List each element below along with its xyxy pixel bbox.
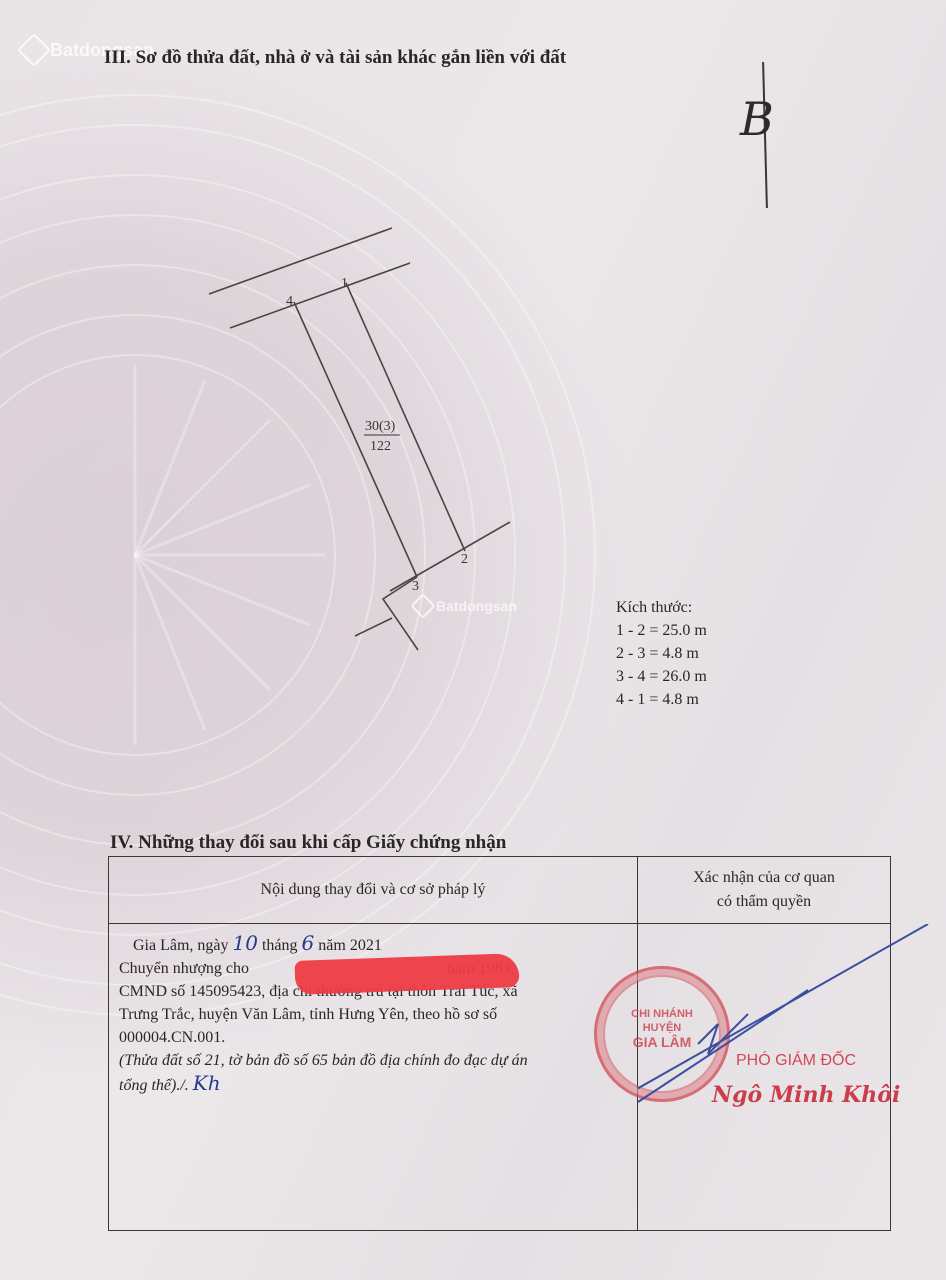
dimension-row: 1 - 2 = 25.0 m [616, 619, 707, 642]
signer-name: Ngô Minh Khôi [712, 1082, 900, 1108]
batdongsan-logo-icon [17, 33, 51, 67]
handwritten-initials: Kh [193, 1071, 221, 1095]
header-approval: Xác nhận của cơ quan có thẩm quyền [638, 857, 891, 924]
signature-initial: B [740, 92, 774, 146]
handwritten-month: 6 [302, 931, 315, 955]
dimension-row: 2 - 3 = 4.8 m [616, 642, 707, 665]
note-line-end: tổng thể)./. Kh [119, 1072, 627, 1097]
dimensions-block: Kích thước: 1 - 2 = 25.0 m 2 - 3 = 4.8 m… [616, 596, 707, 711]
section-4-title: IV. Những thay đổi sau khi cấp Giấy chứn… [110, 832, 506, 854]
section-3-title: III. Sơ đồ thửa đất, nhà ở và tài sản kh… [104, 47, 566, 69]
approval-cell: CHI NHÁNH HUYỆN GIA LÂM PHÓ GIÁM ĐỐC Ngô… [638, 924, 891, 1231]
file-number: 000004.CN.001. [119, 1026, 627, 1049]
date-line: Gia Lâm, ngày 10 tháng 6 năm 2021 [119, 932, 627, 957]
handwritten-day: 10 [233, 931, 258, 955]
table-row: Gia Lâm, ngày 10 tháng 6 năm 2021 Chuyển… [109, 924, 891, 1231]
dimension-row: 3 - 4 = 26.0 m [616, 665, 707, 688]
batdongsan-watermark-small: Batdongsan [414, 597, 517, 615]
change-content-cell: Gia Lâm, ngày 10 tháng 6 năm 2021 Chuyển… [109, 924, 638, 1231]
dimension-row: 4 - 1 = 4.8 m [616, 688, 707, 711]
signer-title: PHÓ GIÁM ĐỐC [736, 1052, 856, 1070]
header-content: Nội dung thay đổi và cơ sở pháp lý [109, 857, 638, 924]
table-header-row: Nội dung thay đổi và cơ sở pháp lý Xác n… [109, 857, 891, 924]
dimensions-heading: Kích thước: [616, 596, 707, 619]
batdongsan-logo-icon [410, 593, 435, 618]
note-line: (Thửa đất số 21, tờ bản đồ số 65 bản đồ … [119, 1049, 627, 1072]
changes-table: Nội dung thay đổi và cơ sở pháp lý Xác n… [108, 856, 891, 1231]
official-seal: CHI NHÁNH HUYỆN GIA LÂM [594, 966, 730, 1102]
address-line: Trưng Trắc, huyện Văn Lâm, tỉnh Hưng Yên… [119, 1003, 627, 1026]
